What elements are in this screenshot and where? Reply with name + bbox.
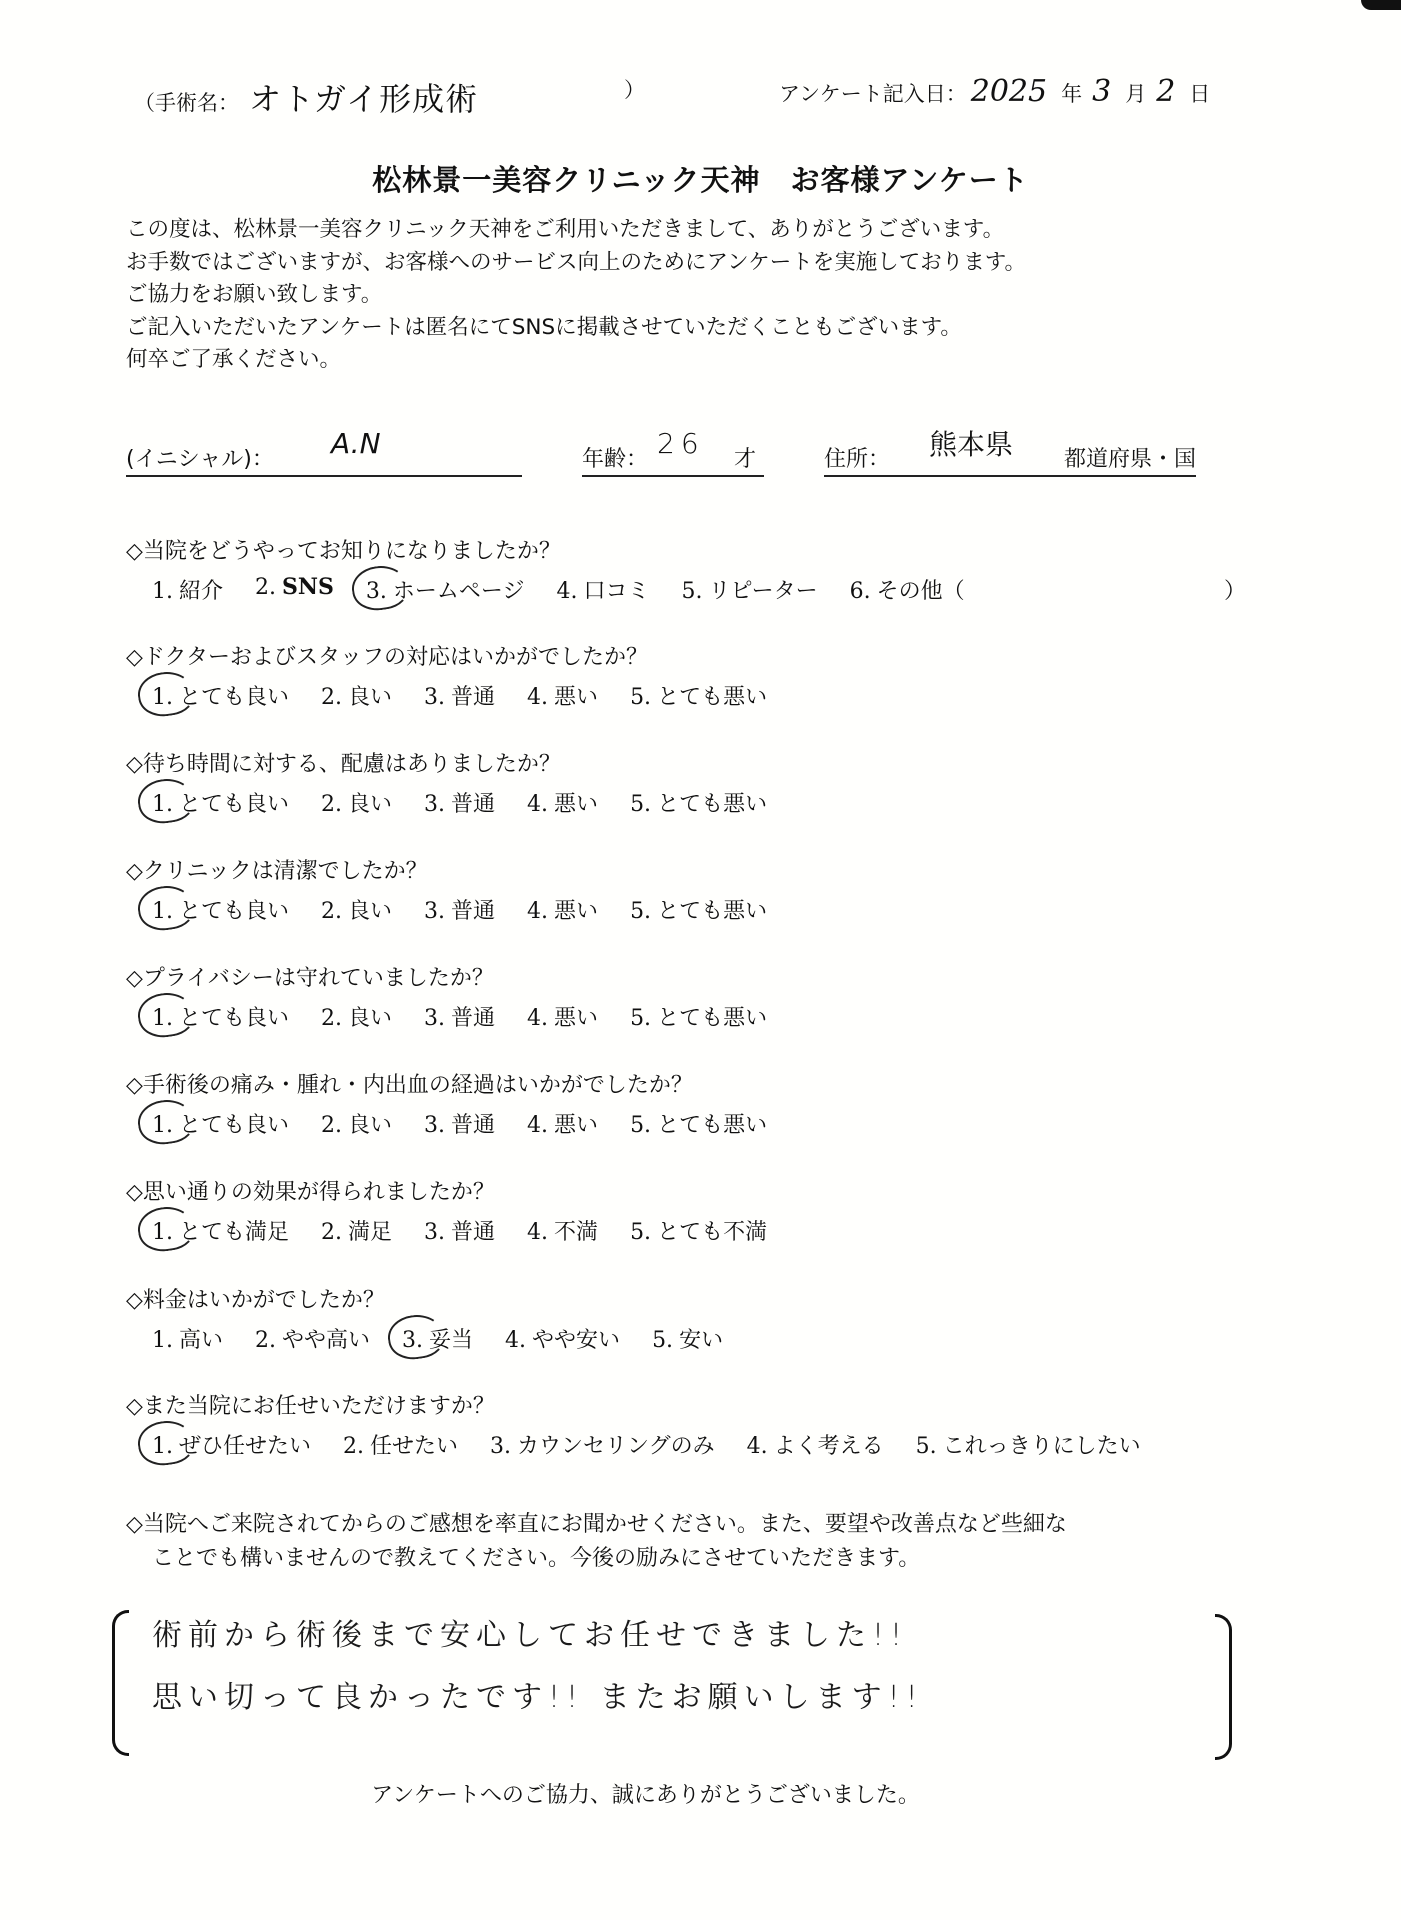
address-unit: 都道府県・国: [1064, 442, 1196, 473]
option-2[interactable]: 2.SNS: [255, 574, 334, 605]
option-2[interactable]: 2.任せたい: [343, 1429, 458, 1460]
option-group: 1.紹介 2.SNS 3.ホームページ 4.口コミ 5.リピーター 6.その他（…: [126, 574, 1256, 605]
option-6-other[interactable]: 6.その他（: [850, 574, 965, 605]
option-5[interactable]: 5.リピーター: [681, 574, 817, 605]
procedure-field: （手術名： オトガイ形成術 ）: [134, 74, 478, 120]
option-4[interactable]: 4.不満: [527, 1215, 598, 1246]
footer-thanks: アンケートへのご協力、誠にありがとうございました。: [0, 1778, 1401, 1809]
question-text: ◇当院をどうやってお知りになりましたか？: [126, 534, 1256, 565]
option-3-selected[interactable]: 3.ホームページ: [366, 574, 525, 605]
date-label: アンケート記入日：: [779, 78, 967, 108]
question-cleanliness: ◇クリニックは清潔でしたか？ 1.とても良い 2.良い 3.普通 4.悪い 5.…: [126, 854, 1256, 925]
date-day[interactable]: 2: [1156, 74, 1175, 109]
option-1-selected[interactable]: 1.とても良い: [152, 1108, 289, 1139]
address-value: 熊本県: [929, 423, 1013, 463]
age-value: 26: [657, 427, 705, 460]
option-1[interactable]: 1.高い: [152, 1323, 223, 1354]
question-return: ◇また当院にお任せいただけますか？ 1.ぜひ任せたい 2.任せたい 3.カウンセ…: [126, 1389, 1256, 1460]
option-group: 1.とても満足 2.満足 3.普通 4.不満 5.とても不満: [126, 1215, 1256, 1246]
clinic-name: 松林景一美容クリニック天神: [372, 163, 760, 197]
option-2[interactable]: 2.やや高い: [255, 1323, 370, 1354]
question-text: ◇手術後の痛み・腫れ・内出血の経過はいかがでしたか？: [126, 1068, 1256, 1099]
age-field[interactable]: 年齢： 26 才: [582, 435, 764, 477]
survey-title: お客様アンケート: [791, 163, 1029, 197]
date-year-unit: 年: [1061, 78, 1082, 108]
option-3-selected[interactable]: 3.妥当: [402, 1323, 473, 1354]
option-5[interactable]: 5.とても悪い: [630, 787, 767, 818]
option-group: 1.とても良い 2.良い 3.普通 4.悪い 5.とても悪い: [126, 894, 1256, 925]
option-2[interactable]: 2.良い: [321, 1001, 392, 1032]
address-label: 住所：: [824, 442, 890, 473]
option-group: 1.高い 2.やや高い 3.妥当 4.やや安い 5.安い: [126, 1323, 1256, 1354]
option-3[interactable]: 3.普通: [424, 1001, 495, 1032]
option-3[interactable]: 3.普通: [424, 787, 495, 818]
procedure-close-paren: ）: [624, 74, 645, 104]
question-text: ◇また当院にお任せいただけますか？: [126, 1389, 1256, 1420]
initial-field[interactable]: (イニシャル)： A.N: [126, 435, 522, 477]
initial-label: (イニシャル)：: [126, 442, 274, 473]
option-1-selected[interactable]: 1.ぜひ任せたい: [152, 1429, 311, 1460]
intro-line: この度は、松林景一美容クリニック天神をご利用いただきまして、ありがとうございます…: [126, 214, 1026, 247]
option-4[interactable]: 4.よく考える: [747, 1429, 884, 1460]
option-5[interactable]: 5.とても悪い: [630, 680, 767, 711]
option-3[interactable]: 3.普通: [424, 894, 495, 925]
comment-answer-line: 術前から術後まで安心してお任せできました!!: [152, 1610, 908, 1654]
option-4[interactable]: 4.悪い: [527, 1108, 598, 1139]
question-text: ◇思い通りの効果が得られましたか？: [126, 1175, 1256, 1206]
option-group: 1.とても良い 2.良い 3.普通 4.悪い 5.とても悪い: [126, 787, 1256, 818]
entry-date-field: アンケート記入日： 2025 年 3 月 2 日: [779, 74, 1216, 109]
question-text: ◇待ち時間に対する、配慮はありましたか？: [126, 747, 1256, 778]
left-bracket: [112, 1610, 129, 1756]
question-staff: ◇ドクターおよびスタッフの対応はいかがでしたか？ 1.とても良い 2.良い 3.…: [126, 640, 1256, 711]
option-group: 1.ぜひ任せたい 2.任せたい 3.カウンセリングのみ 4.よく考える 5.これ…: [126, 1429, 1256, 1460]
comment-answer-line: 思い切って良かったです!! またお願いします!!: [152, 1672, 924, 1716]
option-5[interactable]: 5.とても不満: [630, 1215, 767, 1246]
intro-line: 何卒ご了承ください。: [126, 344, 1026, 377]
option-3[interactable]: 3.カウンセリングのみ: [490, 1429, 715, 1460]
option-3[interactable]: 3.普通: [424, 1215, 495, 1246]
question-price: ◇料金はいかがでしたか？ 1.高い 2.やや高い 3.妥当 4.やや安い 5.安…: [126, 1283, 1256, 1354]
respondent-info: (イニシャル)： A.N 年齢： 26 才 住所： 熊本県 都道府県・国: [0, 420, 1401, 480]
procedure-label: （手術名：: [134, 87, 239, 117]
option-5[interactable]: 5.とても悪い: [630, 1001, 767, 1032]
option-1-selected[interactable]: 1.とても良い: [152, 894, 289, 925]
option-1-selected[interactable]: 1.とても良い: [152, 1001, 289, 1032]
page-title: 松林景一美容クリニック天神お客様アンケート: [0, 158, 1401, 199]
option-5[interactable]: 5.とても悪い: [630, 1108, 767, 1139]
option-4[interactable]: 4.悪い: [527, 787, 598, 818]
header-row: （手術名： オトガイ形成術 ） アンケート記入日： 2025 年 3 月 2 日: [134, 70, 1251, 110]
question-referral: ◇当院をどうやってお知りになりましたか？ 1.紹介 2.SNS 3.ホームページ…: [126, 534, 1256, 605]
question-recovery: ◇手術後の痛み・腫れ・内出血の経過はいかがでしたか？ 1.とても良い 2.良い …: [126, 1068, 1256, 1139]
option-5[interactable]: 5.安い: [652, 1323, 723, 1354]
date-month-unit: 月: [1125, 78, 1146, 108]
procedure-value[interactable]: オトガイ形成術: [249, 74, 478, 120]
option-group: 1.とても良い 2.良い 3.普通 4.悪い 5.とても悪い: [126, 1001, 1256, 1032]
question-privacy: ◇プライバシーは守れていましたか？ 1.とても良い 2.良い 3.普通 4.悪い…: [126, 961, 1256, 1032]
intro-line: お手数ではございますが、お客様へのサービス向上のためにアンケートを実施しておりま…: [126, 247, 1026, 280]
option-5[interactable]: 5.これっきりにしたい: [916, 1429, 1141, 1460]
option-4[interactable]: 4.やや安い: [505, 1323, 620, 1354]
intro-line: ご協力をお願い致します。: [126, 279, 1026, 312]
option-4[interactable]: 4.悪い: [527, 894, 598, 925]
survey-page: （手術名： オトガイ形成術 ） アンケート記入日： 2025 年 3 月 2 日…: [0, 0, 1401, 1920]
age-unit: 才: [734, 442, 756, 473]
option-1[interactable]: 1.紹介: [152, 574, 223, 605]
option-2[interactable]: 2.良い: [321, 787, 392, 818]
question-results: ◇思い通りの効果が得られましたか？ 1.とても満足 2.満足 3.普通 4.不満…: [126, 1175, 1256, 1246]
age-label: 年齢：: [582, 442, 648, 473]
option-3[interactable]: 3.普通: [424, 680, 495, 711]
option-4[interactable]: 4.悪い: [527, 680, 598, 711]
option-2[interactable]: 2.満足: [321, 1215, 392, 1246]
option-1-selected[interactable]: 1.とても良い: [152, 787, 289, 818]
comment-question: ◇当院へご来院されてからのご感想を率直にお聞かせください。また、要望や改善点など…: [126, 1508, 1067, 1576]
date-year[interactable]: 2025: [971, 74, 1047, 109]
option-2[interactable]: 2.良い: [321, 894, 392, 925]
date-month[interactable]: 3: [1092, 74, 1111, 109]
scan-edge-mark: [1361, 0, 1401, 10]
option-group: 1.とても良い 2.良い 3.普通 4.悪い 5.とても悪い: [126, 1108, 1256, 1139]
date-day-unit: 日: [1189, 78, 1210, 108]
comment-question-line: ことでも構いませんので教えてください。今後の励みにさせていただきます。: [126, 1542, 1067, 1576]
intro-line: ご記入いただいたアンケートは匿名にてSNSに掲載させていただくこともございます。: [126, 312, 1026, 345]
option-1-selected[interactable]: 1.とても満足: [152, 1215, 289, 1246]
option-group: 1.とても良い 2.良い 3.普通 4.悪い 5.とても悪い: [126, 680, 1256, 711]
intro-text: この度は、松林景一美容クリニック天神をご利用いただきまして、ありがとうございます…: [126, 214, 1026, 377]
question-wait-time: ◇待ち時間に対する、配慮はありましたか？ 1.とても良い 2.良い 3.普通 4…: [126, 747, 1256, 818]
right-bracket: [1215, 1614, 1232, 1760]
option-2[interactable]: 2.良い: [321, 680, 392, 711]
question-text: ◇クリニックは清潔でしたか？: [126, 854, 1256, 885]
option-2[interactable]: 2.良い: [321, 1108, 392, 1139]
comment-question-line: ◇当院へご来院されてからのご感想を率直にお聞かせください。また、要望や改善点など…: [126, 1508, 1067, 1542]
question-text: ◇プライバシーは守れていましたか？: [126, 961, 1256, 992]
option-3[interactable]: 3.普通: [424, 1108, 495, 1139]
initial-value: A.N: [331, 427, 381, 460]
option-1-selected[interactable]: 1.とても良い: [152, 680, 289, 711]
question-text: ◇ドクターおよびスタッフの対応はいかがでしたか？: [126, 640, 1256, 671]
question-text: ◇料金はいかがでしたか？: [126, 1283, 1256, 1314]
option-4[interactable]: 4.悪い: [527, 1001, 598, 1032]
other-close-paren: ）: [1224, 574, 1246, 605]
address-field[interactable]: 住所： 熊本県 都道府県・国: [824, 435, 1196, 477]
option-4[interactable]: 4.口コミ: [556, 574, 649, 605]
option-5[interactable]: 5.とても悪い: [630, 894, 767, 925]
comment-answer-box[interactable]: 術前から術後まで安心してお任せできました!! 思い切って良かったです!! またお…: [112, 1600, 1232, 1750]
